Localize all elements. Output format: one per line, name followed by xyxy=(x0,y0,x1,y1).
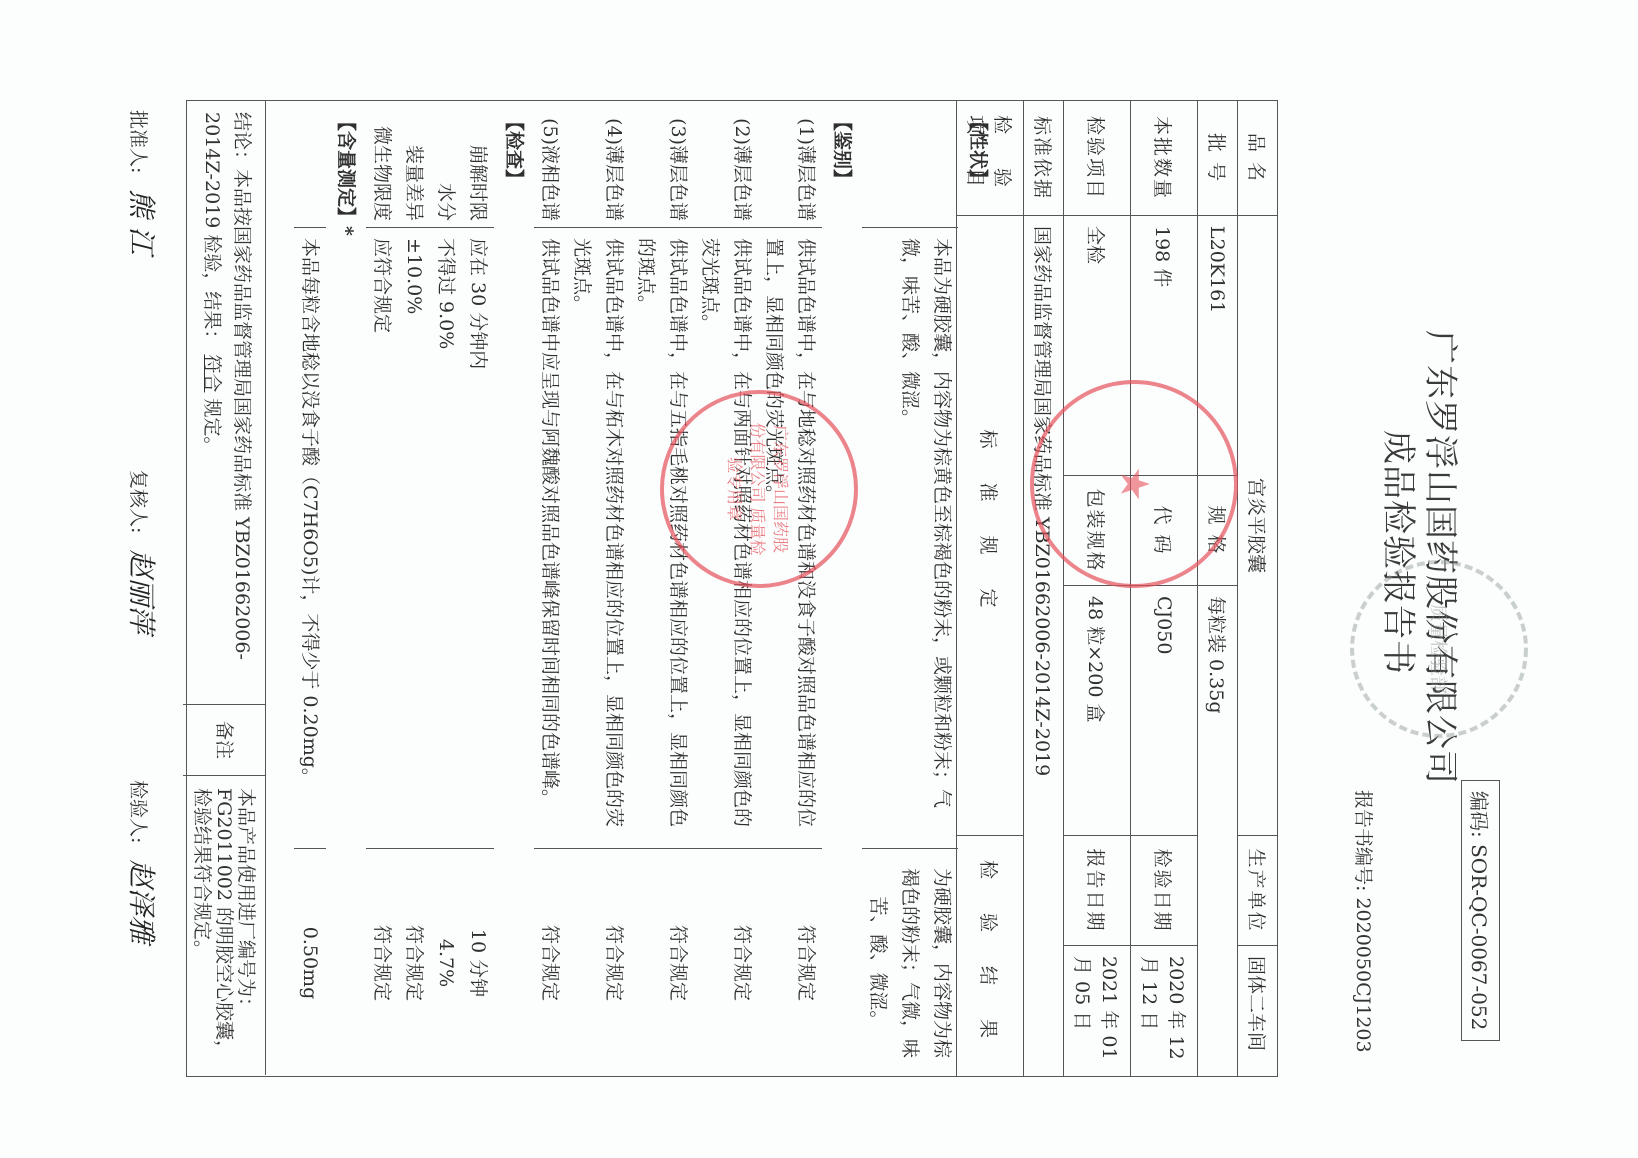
test-result: 符合规定 xyxy=(398,848,430,1077)
test-standard: 本品为硬胶囊，内容物为棕黄色至棕褐色的粉末，或颗粒和粉末；气微，味苦、酸、微涩。 xyxy=(862,227,958,848)
inspection-report-sheet: 广东罗浮山国药股份有限公司 成品检验报告书 编码: SOR-QC-0067-05… xyxy=(0,0,1638,1158)
test-result: 符合规定 xyxy=(694,848,758,1077)
test-result: 符合规定 xyxy=(566,848,630,1077)
section-heading: 【鉴别】 xyxy=(822,100,862,1077)
reviewer-label: 复核人: xyxy=(127,470,149,533)
spec-label: 规 格 xyxy=(1198,476,1238,586)
test-standard: 本品每粒含地稔以没食子酸（C7H6O5)计，不得少于 0.20mg。 xyxy=(294,227,326,848)
test-row: (3)薄层色谱供试品色谱中，在与五指毛桃对照药材色谱相应的位置上，显相同颜色的斑… xyxy=(630,100,694,1077)
test-item xyxy=(862,100,958,227)
remark-text: 本品产品使用进厂编号为：FG2011002 的明胶空心胶囊，检验结果符合规定。 xyxy=(183,776,265,1075)
conclusion-suffix: 规定。 xyxy=(201,398,223,455)
report-date-label: 报告日期 xyxy=(1064,836,1131,946)
inspector-name: 赵泽雅 xyxy=(125,859,158,943)
test-item: (3)薄层色谱 xyxy=(630,100,694,227)
report-number-value: 2020050CJ1203 xyxy=(1352,897,1374,1052)
reviewer-name: 赵丽萍 xyxy=(125,549,158,633)
producer-label: 生产单位 xyxy=(1238,836,1278,946)
test-result: 符合规定 xyxy=(366,848,398,1077)
test-standard: ±10.0% xyxy=(398,227,430,848)
test-standard: 不得过 9.0% xyxy=(430,227,462,848)
test-result: 符合规定 xyxy=(630,848,694,1077)
report-number-label: 报告书编号: xyxy=(1352,790,1374,891)
quantity-label: 本批数量 xyxy=(1131,101,1198,216)
product-code: CJ050 xyxy=(1131,586,1198,836)
inspect-date-label: 检验日期 xyxy=(1131,836,1198,946)
inspector-signature: 检验人: 赵泽雅 xyxy=(123,780,163,943)
section-heading: 【检查】 xyxy=(494,100,534,1077)
report-date: 2021 年 01 月 05 日 xyxy=(1064,946,1131,1077)
test-item: 崩解时限 xyxy=(462,100,494,227)
code-label-cell: 代 码 xyxy=(1131,476,1198,586)
test-item: (1)薄层色谱 xyxy=(758,100,822,227)
quantity: 198 件 xyxy=(1131,216,1198,476)
test-item xyxy=(294,100,326,227)
package: 48 粒×200 盒 xyxy=(1064,586,1131,836)
test-row: 水分不得过 9.0%4.7% xyxy=(430,100,462,1077)
section-heading: 【性状】 xyxy=(958,100,998,1077)
report-number: 报告书编号: 2020050CJ1203 xyxy=(1351,790,1378,1053)
test-row: (1)薄层色谱供试品色谱中，在与地稔对照药材色谱和没食子酸对照品色谱相应的位置上… xyxy=(758,100,822,1077)
test-item: 水分 xyxy=(430,100,462,227)
standard-basis: 国家药品监督管理局国家药品标准 YBZ01662006-2014Z-2019 xyxy=(1024,216,1064,1077)
approver-signature: 批准人: 熊 江 xyxy=(123,110,163,254)
approver-name: 熊 江 xyxy=(125,189,158,254)
row-items: 检验项目 全检 包装规格 48 粒×200 盒 报告日期 2021 年 01 月… xyxy=(1064,101,1131,1077)
test-row: (4)薄层色谱供试品色谱中，在与柘木对照药材色谱相应的位置上，显相同颜色的荧光斑… xyxy=(566,100,630,1077)
inspect-date: 2020 年 12 月 12 日 xyxy=(1131,946,1198,1077)
test-result: 符合规定 xyxy=(534,848,566,1077)
test-row: 装量差异±10.0%符合规定 xyxy=(398,100,430,1077)
batch-label: 批 号 xyxy=(1198,101,1238,216)
document-title: 成品检验报告书 xyxy=(1377,430,1426,675)
test-standard: 应在 30 分钟内 xyxy=(462,227,494,848)
conclusion-verdict: 符合 xyxy=(201,354,223,392)
test-row: 本品为硬胶囊，内容物为棕黄色至棕褐色的粉末，或颗粒和粉末；气微，味苦、酸、微涩。… xyxy=(862,100,958,1077)
test-item: (2)薄层色谱 xyxy=(694,100,758,227)
test-row: (2)薄层色谱供试品色谱中，在与两面针对照药材色谱相应的位置上，显相同颜色的荧光… xyxy=(694,100,758,1077)
code-value: SOR-QC-0067-052 xyxy=(1467,844,1491,1030)
test-standard: 供试品色谱中，在与五指毛桃对照药材色谱相应的位置上，显相同颜色的斑点。 xyxy=(630,227,694,848)
company-name: 广东罗浮山国药股份有限公司 xyxy=(1419,330,1468,785)
test-standard: 供试品色谱中，在与柘木对照药材色谱相应的位置上，显相同颜色的荧光斑点。 xyxy=(566,227,630,848)
info-table: 品 名 宫炎平胶囊 生产单位 固体二车间 批 号 L20K161 规 格 每粒装… xyxy=(956,100,1278,1077)
spec: 每粒装 0.35g xyxy=(1198,586,1238,1077)
items: 全检 xyxy=(1064,216,1131,476)
package-label: 包装规格 xyxy=(1064,476,1131,586)
items-label: 检验项目 xyxy=(1064,101,1131,216)
test-standard: 供试品色谱中，在与两面针对照药材色谱相应的位置上，显相同颜色的荧光斑点。 xyxy=(694,227,758,848)
test-result: 0.50mg xyxy=(294,848,326,1077)
row-product: 品 名 宫炎平胶囊 生产单位 固体二车间 xyxy=(1238,101,1278,1077)
batch: L20K161 xyxy=(1198,216,1238,476)
approver-label: 批准人: xyxy=(127,110,149,173)
conclusion-block: 结论：本品按国家药品监督管理局国家药品标准 YBZ01662006-2014Z-… xyxy=(183,100,266,1075)
test-result: 10 分钟 xyxy=(462,848,494,1077)
test-row: (5)液相色谱供试品色谱中应呈现与阿魏酸对照品色谱峰保留时间相同的色谱峰。符合规… xyxy=(534,100,566,1077)
test-row: 崩解时限应在 30 分钟内10 分钟 xyxy=(462,100,494,1077)
test-item: 微生物限度 xyxy=(366,100,398,227)
test-standard: 供试品色谱中应呈现与阿魏酸对照品色谱峰保留时间相同的色谱峰。 xyxy=(534,227,566,848)
conclusion-text: 结论：本品按国家药品监督管理局国家药品标准 YBZ01662006-2014Z-… xyxy=(183,100,265,704)
test-item: (4)薄层色谱 xyxy=(566,100,630,227)
code-label: 编码: xyxy=(1467,791,1491,838)
product-name: 宫炎平胶囊 xyxy=(1238,216,1278,836)
document-code: 编码: SOR-QC-0067-052 xyxy=(1461,780,1500,1041)
standard-label: 标准依据 xyxy=(1024,101,1064,216)
test-standard: 应符合规定 xyxy=(366,227,398,848)
row-batch: 批 号 L20K161 规 格 每粒装 0.35g xyxy=(1198,101,1238,1077)
remark-label: 备注 xyxy=(183,704,265,776)
product-name-label: 品 名 xyxy=(1238,101,1278,216)
row-quantity: 本批数量 198 件 代 码 CJ050 检验日期 2020 年 12 月 12… xyxy=(1131,101,1198,1077)
test-row: 本品每粒含地稔以没食子酸（C7H6O5)计，不得少于 0.20mg。0.50mg xyxy=(294,100,326,1077)
test-result: 符合规定 xyxy=(758,848,822,1077)
test-item: 装量差异 xyxy=(398,100,430,227)
test-result: 为硬胶囊，内容物为棕褐色的粉末；气微，味苦、酸、微涩。 xyxy=(862,848,958,1077)
row-standard: 标准依据 国家药品监督管理局国家药品标准 YBZ01662006-2014Z-2… xyxy=(1024,101,1064,1077)
test-result: 4.7% xyxy=(430,848,462,1077)
test-results: 【性状】本品为硬胶囊，内容物为棕黄色至棕褐色的粉末，或颗粒和粉末；气微，味苦、酸… xyxy=(294,100,998,1077)
reviewer-signature: 复核人: 赵丽萍 xyxy=(123,470,163,633)
test-item: (5)液相色谱 xyxy=(534,100,566,227)
test-standard: 供试品色谱中，在与地稔对照药材色谱和没食子酸对照品色谱相应的位置上，显相同颜色的… xyxy=(758,227,822,848)
test-row: 微生物限度应符合规定符合规定 xyxy=(366,100,398,1077)
producer: 固体二车间 xyxy=(1238,946,1278,1077)
section-heading: 【含量测定】* xyxy=(326,100,366,1077)
inspector-label: 检验人: xyxy=(127,780,149,843)
